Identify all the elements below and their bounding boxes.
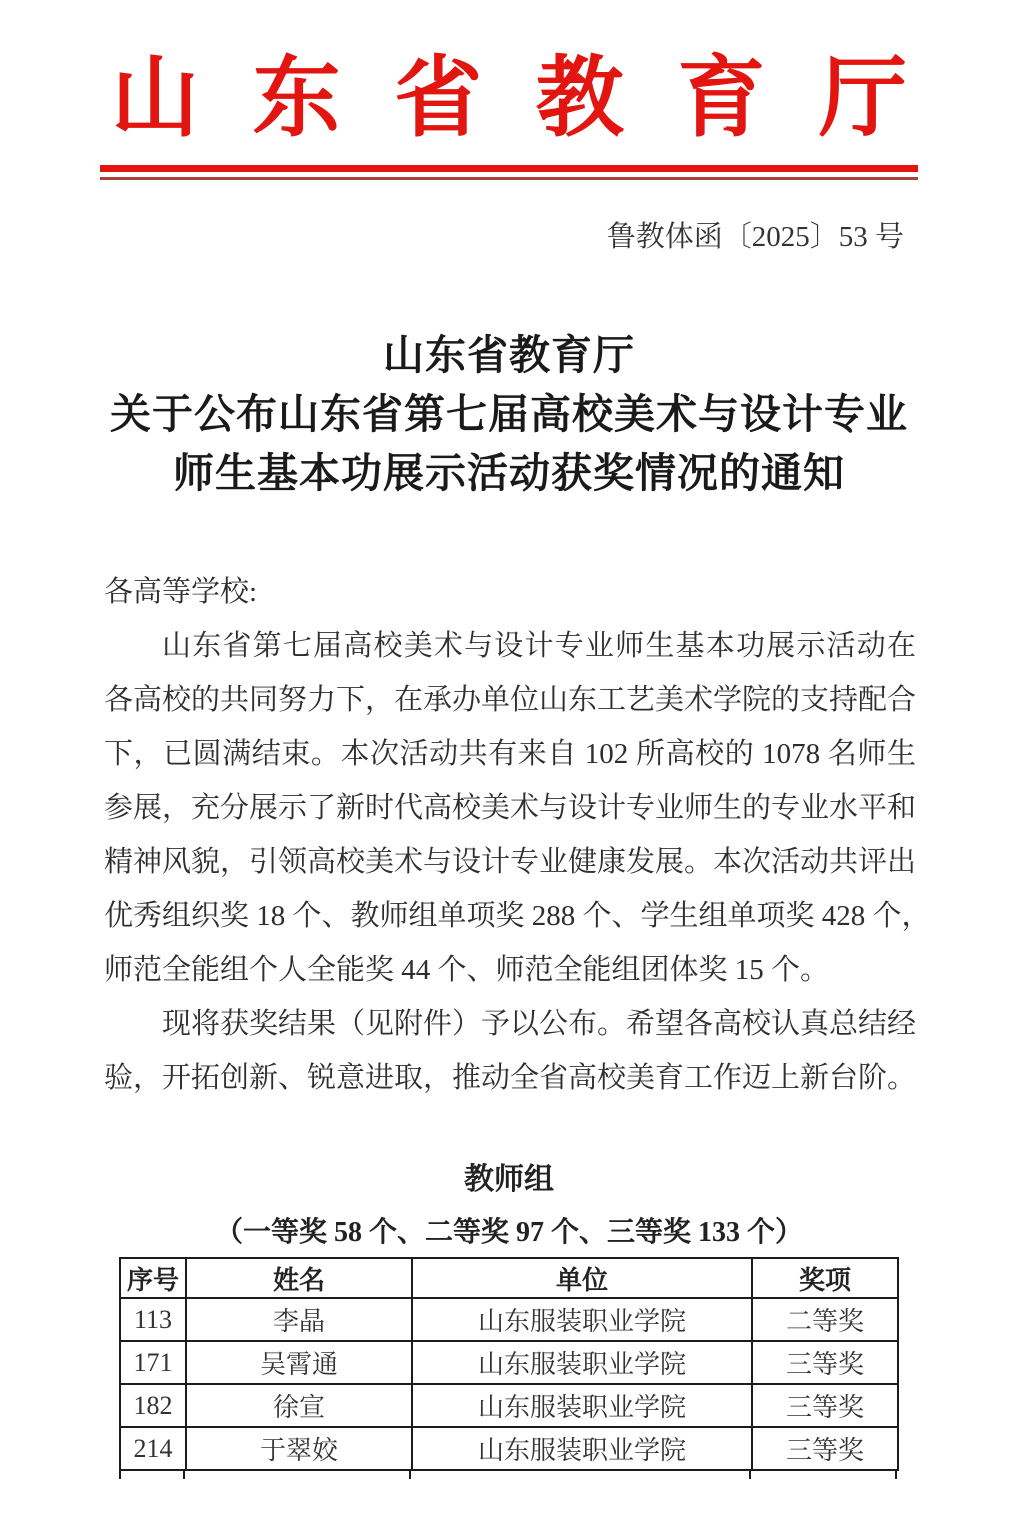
stub-tick [409, 1470, 411, 1479]
body-line: 师范全能组个人全能奖 44 个、师范全能组团体奖 15 个。 [104, 943, 916, 997]
notice-title-line-2: 关于公布山东省第七届高校美术与设计专业 [0, 385, 1018, 444]
column-header-name: 姓名 [186, 1258, 412, 1298]
table-header-row: 序号 姓名 单位 奖项 [120, 1258, 898, 1298]
cell-index: 182 [120, 1384, 186, 1427]
salutation: 各高等学校: [104, 565, 916, 619]
stub-tick [183, 1470, 185, 1479]
body-line: 优秀组织奖 18 个、教师组单项奖 288 个、学生组单项奖 428 个， [104, 889, 916, 943]
body-line: 验，开拓创新、锐意进取，推动全省高校美育工作迈上新台阶。 [104, 1051, 916, 1105]
document-page: 山东省教育厅 鲁教体函〔2025〕53 号 山东省教育厅 关于公布山东省第七届高… [0, 0, 1018, 1526]
body-line: 山东省第七届高校美术与设计专业师生基本功展示活动在 [104, 619, 916, 673]
column-header-award: 奖项 [752, 1258, 898, 1298]
cell-name: 于翠姣 [186, 1427, 412, 1470]
stub-tick [749, 1470, 751, 1479]
notice-title-line-1: 山东省教育厅 [0, 326, 1018, 385]
document-number: 鲁教体函〔2025〕53 号 [104, 220, 904, 254]
body-line: 精神风貌，引领高校美术与设计专业健康发展。本次活动共评出 [104, 835, 916, 889]
cell-index: 171 [120, 1341, 186, 1384]
cell-institution: 山东服装职业学院 [412, 1298, 752, 1341]
agency-masthead: 山东省教育厅 [111, 52, 907, 148]
column-header-index: 序号 [120, 1258, 186, 1298]
cell-award: 三等奖 [752, 1341, 898, 1384]
section-title-teacher-group: 教师组 [0, 1160, 1018, 1200]
cell-index: 214 [120, 1427, 186, 1470]
cell-institution: 山东服装职业学院 [412, 1341, 752, 1384]
cell-name: 李晶 [186, 1298, 412, 1341]
red-divider-thick [100, 165, 918, 172]
stub-tick [895, 1470, 897, 1479]
table-row: 171 吴霄通 山东服装职业学院 三等奖 [120, 1341, 898, 1384]
cell-award: 三等奖 [752, 1384, 898, 1427]
table-row: 214 于翠姣 山东服装职业学院 三等奖 [120, 1427, 898, 1470]
cell-institution: 山东服装职业学院 [412, 1384, 752, 1427]
notice-title-line-3: 师生基本功展示活动获奖情况的通知 [0, 444, 1018, 503]
awards-table: 序号 姓名 单位 奖项 113 李晶 山东服装职业学院 二等奖 171 吴霄通 … [119, 1257, 899, 1471]
stub-tick [119, 1470, 121, 1479]
cell-award: 二等奖 [752, 1298, 898, 1341]
table-row: 182 徐宣 山东服装职业学院 三等奖 [120, 1384, 898, 1427]
cutoff-row-border-stubs [119, 1470, 899, 1479]
body-line: 现将获奖结果（见附件）予以公布。希望各高校认真总结经 [104, 997, 916, 1051]
cell-name: 吴霄通 [186, 1341, 412, 1384]
body-line: 下，已圆满结束。本次活动共有来自 102 所高校的 1078 名师生 [104, 727, 916, 781]
notice-body: 各高等学校: 山东省第七届高校美术与设计专业师生基本功展示活动在 各高校的共同努… [104, 565, 916, 1105]
column-header-institution: 单位 [412, 1258, 752, 1298]
table-row: 113 李晶 山东服装职业学院 二等奖 [120, 1298, 898, 1341]
section-subtitle-award-counts: （一等奖 58 个、二等奖 97 个、三等奖 133 个） [0, 1214, 1018, 1252]
cell-name: 徐宣 [186, 1384, 412, 1427]
body-line: 参展，充分展示了新时代高校美术与设计专业师生的专业水平和 [104, 781, 916, 835]
red-divider-thin [100, 177, 918, 180]
cell-index: 113 [120, 1298, 186, 1341]
cell-award: 三等奖 [752, 1427, 898, 1470]
notice-title: 山东省教育厅 关于公布山东省第七届高校美术与设计专业 师生基本功展示活动获奖情况… [0, 326, 1018, 503]
cell-institution: 山东服装职业学院 [412, 1427, 752, 1470]
body-line: 各高校的共同努力下，在承办单位山东工艺美术学院的支持配合 [104, 673, 916, 727]
